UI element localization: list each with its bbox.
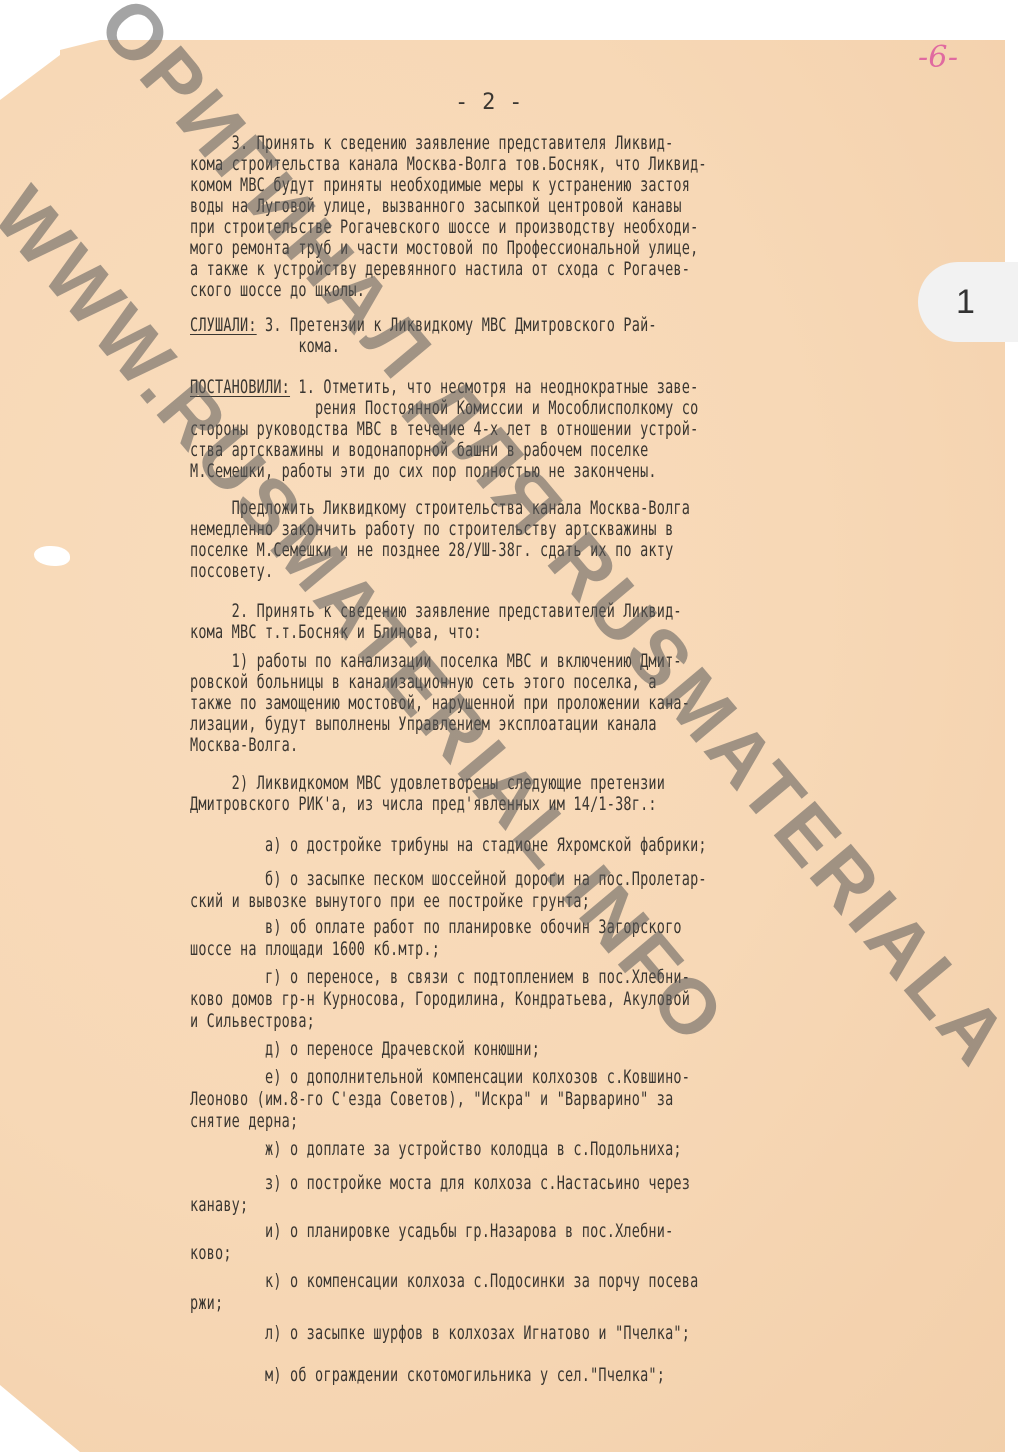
claim-item: к) о компенсации колхоза с.Подосинки за … [190,1270,698,1292]
claim-item: л) о засыпке шурфов в колхозах Игнатово … [190,1322,690,1344]
claim-item: ский и вывозке вынутого при ее постройке… [190,890,590,912]
paragraph-item-3: воды на Луговой улице, вызванного засыпк… [190,195,682,217]
decided-item-1: М.Семешки, работы эти до сих пор полност… [190,460,657,482]
claim-item: б) о засыпке песком шоссейной дороги на … [190,868,707,890]
proposal-paragraph: поссовету. [190,560,273,582]
subitem-1: лизации, будут выполнены Управлением экс… [190,713,657,735]
page-counter-badge[interactable]: 1 [918,262,1018,342]
subitem-1: также по замощению мостовой, нарушенной … [190,692,690,714]
heard-section: СЛУШАЛИ: 3. Претензии к Ликвидкому МВС Д… [190,314,657,336]
paragraph-item-3: комом МВС будут приняты необходимые меры… [190,174,690,196]
claim-item: з) о постройке моста для колхоза с.Наста… [190,1172,690,1194]
claim-item: д) о переносе Драчевской конюшни; [190,1038,540,1060]
proposal-paragraph: немедленно закончить работу по строитель… [190,518,673,540]
claim-item: ржи; [190,1292,223,1314]
claim-item: ж) о доплате за устройство колодца в с.П… [190,1138,682,1160]
claim-item: г) о переносе, в связи с подтоплением в … [190,966,690,988]
claim-item: и Сильвестрова; [190,1010,315,1032]
heard-section: кома. [190,335,340,357]
paragraph-item-3: ского шоссе до школы. [190,279,365,301]
document-body: - 2 - -6- 3. Принять к сведению заявлени… [0,0,1018,1452]
claim-item: и) о планировке усадьбы гр.Назарова в по… [190,1220,673,1242]
proposal-paragraph: Предложить Ликвидкому строительства кана… [190,497,690,519]
handwritten-page-number: -6- [918,40,958,75]
decided-item-1: стороны руководства МВС в течение 4-х ле… [190,418,698,440]
decided-section: ПОСТАНОВИЛИ: 1. Отметить, что несмотря н… [190,376,698,398]
subitem-1: 1) работы по канализации поселка МВС и в… [190,650,682,672]
subitem-1: ровской больницы в канализационную сеть … [190,671,657,693]
paragraph-item-3: при строительстве Рогачевского шоссе и п… [190,216,698,238]
paragraph-item-3: 3. Принять к сведению заявление представ… [190,132,673,154]
paragraph-item-3: а также к устройству деревянного настила… [190,258,690,280]
claim-item: е) о дополнительной компенсации колхозов… [190,1066,690,1088]
decided-item-2: кома МВС т.т.Босняк и Блинова, что: [190,621,482,643]
decided-item-2: 2. Принять к сведению заявление представ… [190,600,682,622]
claim-item: ково домов гр-н Курносова, Городилина, К… [190,988,690,1010]
heard-section-label: СЛУШАЛИ: [190,314,257,336]
decided-item-1: ства артскважины и водонапорной башни в … [190,439,648,461]
claim-item: а) о достройке трибуны на стадионе Яхром… [190,834,707,856]
claim-item: ково; [190,1242,232,1264]
page-number: - 2 - [455,90,523,115]
claim-item: в) об оплате работ по планировке обочин … [190,916,682,938]
claim-item: шоссе на площади 1600 кб.мтр.; [190,938,440,960]
claim-item: м) об ограждении скотомогильника у сел."… [190,1364,665,1386]
paragraph-item-3: кома строительства канала Москва-Волга т… [190,153,707,175]
subitem-2: Дмитровского РИК'а, из числа пред'явленн… [190,793,657,815]
claim-item: снятие дерна; [190,1110,298,1132]
decided-section-label: ПОСТАНОВИЛИ: [190,376,290,398]
paragraph-item-3: мого ремонта труб и части мостовой по Пр… [190,237,698,259]
claim-item: канаву; [190,1194,248,1216]
proposal-paragraph: поселке М.Семешки и не позднее 28/УШ-38г… [190,539,673,561]
claim-item: Леоново (им.8-го С'езда Советов), "Искра… [190,1088,673,1110]
subitem-2: 2) Ликвидкомом МВС удовлетворены следующ… [190,772,665,794]
decided-item-1: рения Постоянной Комиссии и Мособлисполк… [190,397,698,419]
subitem-1: Москва-Волга. [190,734,298,756]
page-counter-value: 1 [956,283,975,322]
